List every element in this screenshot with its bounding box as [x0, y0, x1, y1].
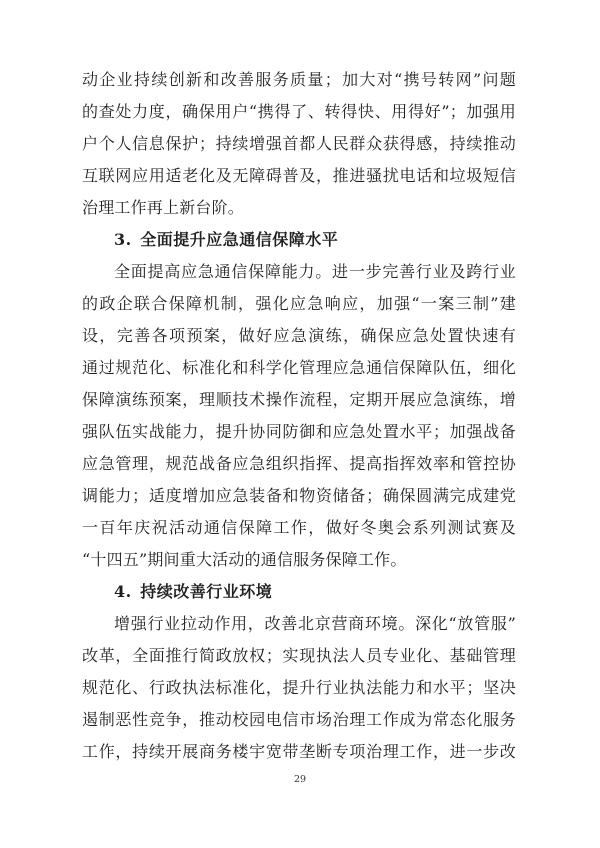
text-line: “十四五”期间重大活动的通信服务保障工作。 [82, 544, 516, 576]
paragraph: 增强行业拉动作用，改善北京营商环境。深化“放管服”改革，全面推行简政放权；实现执… [82, 608, 516, 768]
text-line: 增强行业拉动作用，改善北京营商环境。深化“放管服” [82, 608, 516, 640]
document-content: 动企业持续创新和改善服务质量；加大对“携号转网”问题的查处力度，确保用户“携得了… [82, 64, 516, 768]
text-line: 治理工作再上新台阶。 [82, 192, 516, 224]
heading-line: 3. 全面提升应急通信保障水平 [82, 224, 516, 256]
heading-line: 4. 持续改善行业环境 [82, 576, 516, 608]
text-line: 改革，全面推行简政放权；实现执法人员专业化、基础管理 [82, 640, 516, 672]
text-line: 保障演练预案，理顺技术操作流程，定期开展应急演练，增 [82, 384, 516, 416]
text-line: 应急管理，规范战备应急组织指挥、提高指挥效率和管控协 [82, 448, 516, 480]
text-line: 一百年庆祝活动通信保障工作，做好冬奥会系列测试赛及 [82, 512, 516, 544]
text-line: 设，完善各项预案，做好应急演练，确保应急处置快速有效； [82, 320, 516, 352]
page-number: 29 [0, 772, 600, 788]
document-page: 动企业持续创新和改善服务质量；加大对“携号转网”问题的查处力度，确保用户“携得了… [0, 0, 600, 848]
text-line: 户个人信息保护；持续增强首都人民群众获得感，持续推动 [82, 128, 516, 160]
text-line: 全面提高应急通信保障能力。进一步完善行业及跨行业 [82, 256, 516, 288]
text-line: 规范化、行政执法标准化，提升行业执法能力和水平；坚决 [82, 672, 516, 704]
paragraph: 动企业持续创新和改善服务质量；加大对“携号转网”问题的查处力度，确保用户“携得了… [82, 64, 516, 224]
text-line: 强队伍实战能力，提升协同防御和应急处置水平；加强战备 [82, 416, 516, 448]
section-heading: 3. 全面提升应急通信保障水平 [82, 224, 516, 256]
text-line: 的政企联合保障机制，强化应急响应，加强“一案三制”建 [82, 288, 516, 320]
text-line: 工作，持续开展商务楼宇宽带垄断专项治理工作，进一步改 [82, 736, 516, 768]
text-line: 的查处力度，确保用户“携得了、转得快、用得好”；加强用 [82, 96, 516, 128]
text-line: 互联网应用适老化及无障碍普及，推进骚扰电话和垃圾短信 [82, 160, 516, 192]
paragraph: 全面提高应急通信保障能力。进一步完善行业及跨行业的政企联合保障机制，强化应急响应… [82, 256, 516, 576]
section-heading: 4. 持续改善行业环境 [82, 576, 516, 608]
text-line: 遏制恶性竞争，推动校园电信市场治理工作成为常态化服务 [82, 704, 516, 736]
text-line: 调能力；适度增加应急装备和物资储备；确保圆满完成建党 [82, 480, 516, 512]
text-line: 动企业持续创新和改善服务质量；加大对“携号转网”问题 [82, 64, 516, 96]
text-line: 通过规范化、标准化和科学化管理应急通信保障队伍，细化 [82, 352, 516, 384]
